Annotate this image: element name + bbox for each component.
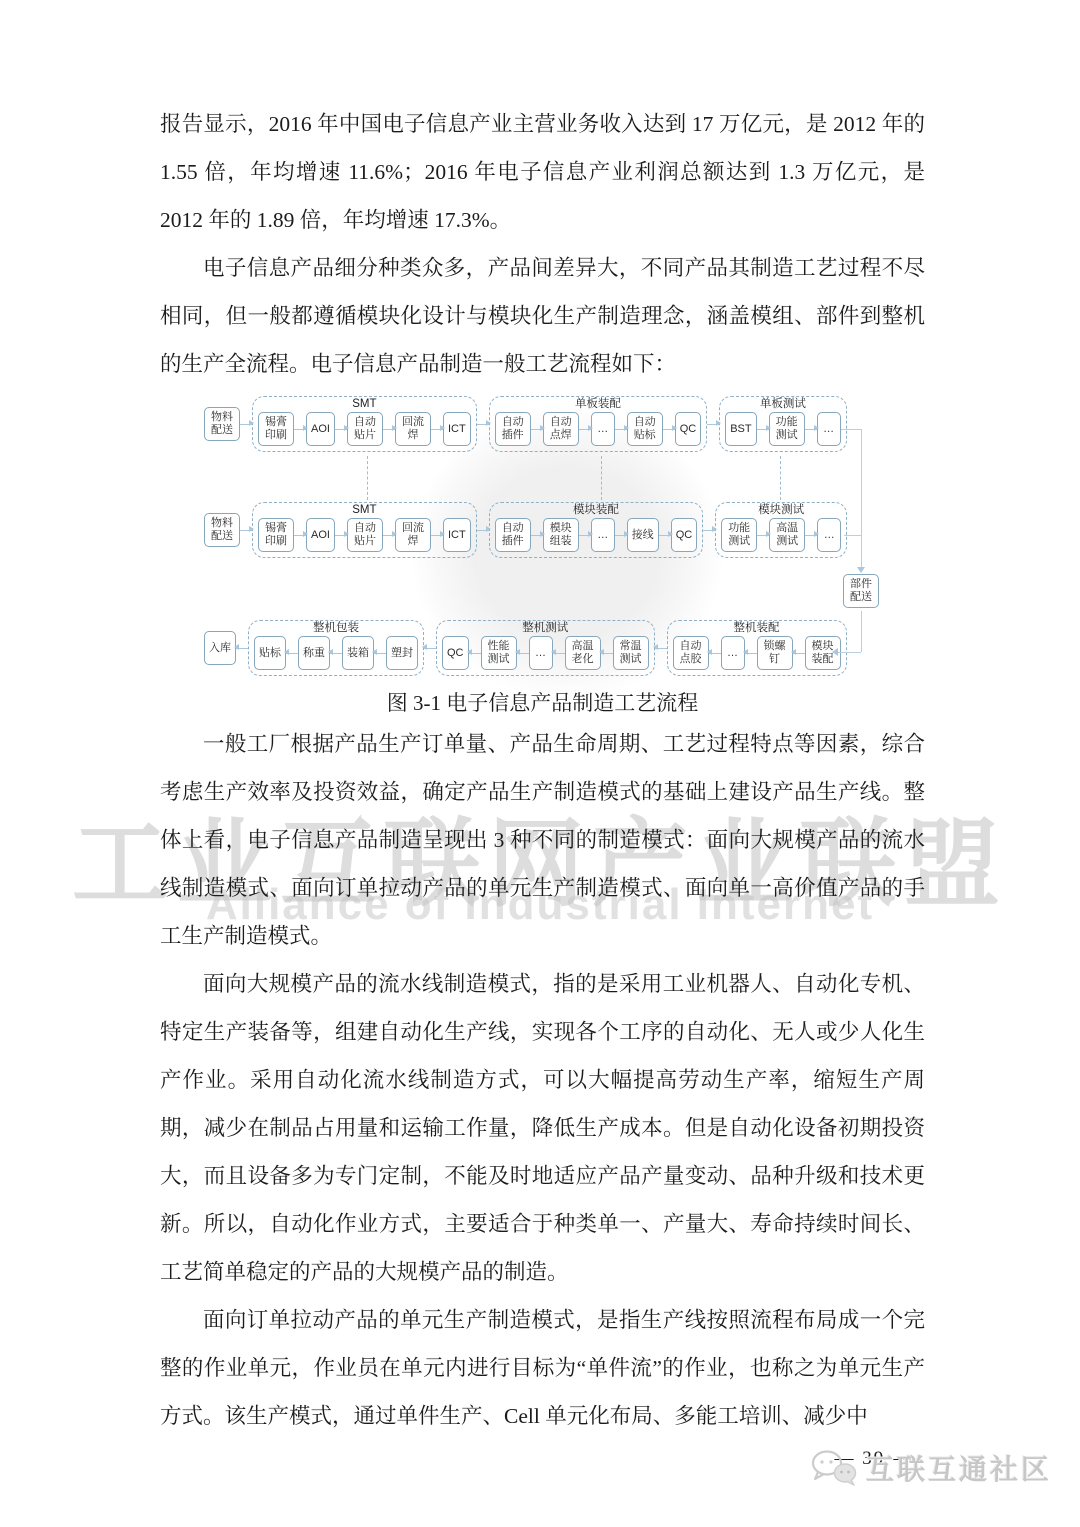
- process-flow-diagram: 物料配送 SMT 锡膏印刷 AOI 自动贴片 回流焊 ICT: [204, 394, 884, 684]
- flow-step: 自动贴标: [627, 412, 663, 446]
- arrow-right-icon: [335, 429, 347, 430]
- flow-step: 称重: [298, 636, 330, 670]
- arrow-right-icon: [294, 429, 306, 430]
- dashed-connector-line: [780, 456, 781, 500]
- arrow-right-icon: [663, 429, 675, 430]
- arrow-right-icon: [805, 429, 817, 430]
- arrow-right-icon: [531, 429, 543, 430]
- flow-step: 功能测试: [721, 518, 757, 552]
- group-title: SMT: [258, 397, 471, 412]
- flow-step: 贴标: [254, 636, 286, 670]
- group-final-test: 整机测试 QC 性能测试 … 高温老化 常温测试: [436, 620, 655, 676]
- flow-step: ICT: [443, 412, 471, 446]
- paragraph-1: 报告显示，2016 年中国电子信息产业主营业务收入达到 17 万亿元，是 201…: [160, 100, 925, 244]
- figure-caption: 图 3-1 电子信息产品制造工艺流程: [160, 686, 925, 720]
- arrow-left-icon: [469, 653, 481, 654]
- arrow-right-icon: [703, 530, 715, 531]
- document-page: 工业互联网产业联盟 Alliance of Industrial Interne…: [0, 0, 1080, 1527]
- arrow-left-icon: [709, 653, 721, 654]
- arrow-right-icon: [757, 429, 769, 430]
- arrow-right-icon: [294, 535, 306, 536]
- flow-step-ellipsis: …: [591, 518, 615, 552]
- arrow-right-icon: [615, 429, 627, 430]
- arrow-left-icon: [745, 653, 757, 654]
- group-module-test: 模块测试 功能测试 高温测试 …: [715, 502, 847, 558]
- group-module-assembly: 模块装配 自动插件 模块组装 … 接线 QC: [489, 502, 704, 558]
- connector-line: [841, 429, 861, 430]
- flow-step: 回流焊: [395, 518, 431, 552]
- arrow-right-icon: [805, 535, 817, 536]
- arrow-left-icon: [236, 648, 248, 649]
- flow-step: 高温测试: [769, 518, 805, 552]
- footer-brand: 互联互通社区: [810, 1448, 1052, 1488]
- arrow-left-icon: [832, 648, 838, 656]
- arrow-right-icon: [477, 424, 489, 425]
- flow-step: 模块组装: [543, 518, 579, 552]
- group-title: 单板测试: [725, 397, 840, 412]
- arrow-right-icon: [240, 530, 252, 531]
- arrow-right-icon: [579, 429, 591, 430]
- flow-step-parts-delivery: 部件配送: [843, 574, 879, 608]
- flow-step: 自动点胶: [673, 636, 709, 670]
- group-title: SMT: [258, 503, 471, 518]
- arrow-right-icon: [383, 429, 395, 430]
- connector-line: [861, 429, 862, 569]
- arrow-right-icon: [615, 535, 627, 536]
- group-title: 模块测试: [721, 503, 841, 518]
- paragraph-5: 面向订单拉动产品的单元生产制造模式，是指生产线按照流程布局成一个完整的作业单元，…: [160, 1296, 925, 1440]
- paragraph-3: 一般工厂根据产品生产订单量、产品生命周期、工艺过程特点等因素，综合考虑生产效率及…: [160, 720, 925, 960]
- flow-step: 常温测试: [613, 636, 649, 670]
- arrow-left-icon: [424, 648, 436, 649]
- flow-step-material-delivery: 物料配送: [204, 513, 240, 547]
- arrow-right-icon: [757, 535, 769, 536]
- flow-step: BST: [725, 412, 756, 446]
- arrow-left-icon: [374, 653, 386, 654]
- flow-step: AOI: [306, 518, 335, 552]
- connector-line: [861, 611, 862, 652]
- flow-step: 自动点焊: [543, 412, 579, 446]
- flow-step: 接线: [627, 518, 659, 552]
- flow-step-ellipsis: …: [721, 636, 745, 670]
- flow-step: 装箱: [342, 636, 374, 670]
- flow-step: 自动贴片: [347, 518, 383, 552]
- dashed-connector-line: [601, 456, 602, 500]
- arrow-right-icon: [383, 535, 395, 536]
- arrow-right-icon: [579, 535, 591, 536]
- flow-step: 性能测试: [481, 636, 517, 670]
- group-title: 模块装配: [495, 503, 698, 518]
- arrow-right-icon: [531, 535, 543, 536]
- arrow-down-icon: [857, 567, 865, 573]
- arrow-right-icon: [477, 530, 489, 531]
- flow-step-ellipsis: …: [591, 412, 615, 446]
- flow-step-ellipsis: …: [529, 636, 553, 670]
- flow-step: 自动贴片: [347, 412, 383, 446]
- arrow-left-icon: [793, 653, 805, 654]
- flow-step: 锁螺钉: [757, 636, 793, 670]
- flow-step: AOI: [306, 412, 335, 446]
- arrow-right-icon: [659, 535, 671, 536]
- group-final-assembly: 整机装配 自动点胶 … 锁螺钉 模块装配: [667, 620, 847, 676]
- arrow-right-icon: [335, 535, 347, 536]
- arrow-left-icon: [517, 653, 529, 654]
- group-board-assembly: 单板装配 自动插件 自动点焊 … 自动贴标 QC: [489, 396, 708, 452]
- flow-step: 锡膏印刷: [258, 412, 294, 446]
- group-board-test: 单板测试 BST 功能测试 …: [719, 396, 846, 452]
- flow-step: 回流焊: [395, 412, 431, 446]
- arrow-left-icon: [330, 653, 342, 654]
- flow-step: QC: [671, 518, 698, 552]
- flow-step: ICT: [443, 518, 471, 552]
- flow-step: 塑封: [386, 636, 418, 670]
- group-smt-1: SMT 锡膏印刷 AOI 自动贴片 回流焊 ICT: [252, 396, 477, 452]
- group-smt-2: SMT 锡膏印刷 AOI 自动贴片 回流焊 ICT: [252, 502, 477, 558]
- flow-step-ellipsis: …: [817, 518, 841, 552]
- arrow-left-icon: [601, 653, 613, 654]
- paragraph-2: 电子信息产品细分种类众多，产品间差异大，不同产品其制造工艺过程不尽相同，但一般都…: [160, 244, 925, 388]
- flow-row-2: 物料配送 SMT 锡膏印刷 AOI 自动贴片 回流焊 ICT: [204, 502, 847, 558]
- group-title: 单板装配: [495, 397, 702, 412]
- group-title: 整机测试: [442, 621, 649, 636]
- flow-step: 锡膏印刷: [258, 518, 294, 552]
- flow-step-warehouse: 入库: [204, 631, 236, 665]
- page-content: 报告显示，2016 年中国电子信息产业主营业务收入达到 17 万亿元，是 201…: [0, 0, 1080, 1470]
- flow-step: QC: [675, 412, 702, 446]
- group-packaging: 整机包装 贴标 称重 装箱 塑封: [248, 620, 424, 676]
- dashed-connector-line: [367, 456, 368, 500]
- connector-line: [844, 535, 861, 536]
- chat-bubbles-icon: [810, 1449, 858, 1487]
- arrow-right-icon: [707, 424, 719, 425]
- arrow-right-icon: [431, 429, 443, 430]
- flow-step: 自动插件: [495, 412, 531, 446]
- flow-step-ellipsis: …: [817, 412, 841, 446]
- paragraph-4: 面向大规模产品的流水线制造模式，指的是采用工业机器人、自动化专机、特定生产装备等…: [160, 960, 925, 1296]
- arrow-right-icon: [431, 535, 443, 536]
- connector-line: [838, 652, 861, 653]
- flow-step-material-delivery: 物料配送: [204, 407, 240, 441]
- arrow-left-icon: [655, 648, 667, 649]
- flow-step: 自动插件: [495, 518, 531, 552]
- group-title: 整机包装: [254, 621, 418, 636]
- arrow-left-icon: [553, 653, 565, 654]
- group-title: 整机装配: [673, 621, 841, 636]
- flow-step: 高温老化: [565, 636, 601, 670]
- footer-brand-text: 互联互通社区: [866, 1448, 1052, 1488]
- flow-step: 功能测试: [769, 412, 805, 446]
- flow-row-1: 物料配送 SMT 锡膏印刷 AOI 自动贴片 回流焊 ICT: [204, 396, 847, 452]
- flow-step: QC: [442, 636, 469, 670]
- arrow-left-icon: [286, 653, 298, 654]
- arrow-right-icon: [240, 424, 252, 425]
- flow-row-3: 入库 整机包装 贴标 称重 装箱 塑封 整机测试: [204, 620, 847, 676]
